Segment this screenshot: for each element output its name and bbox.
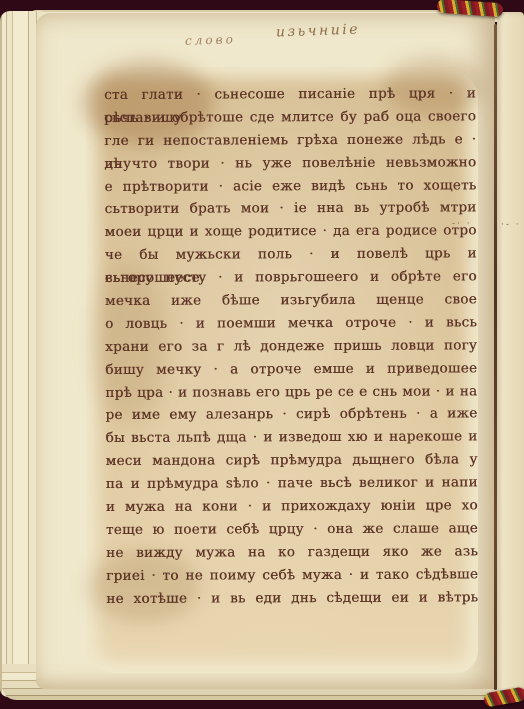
manuscript-line: и мужа на кони · и прихождаху юніи цре х… (106, 494, 478, 519)
manuscript-line: бишу мечку · а отроче емше и приведошее (105, 357, 477, 382)
manuscript-line: бы вьста льпѣ дща · и изведош хю и нарек… (105, 426, 477, 451)
manuscript-line: теще ю поети себѣ црцу · она же слаше ащ… (106, 517, 478, 542)
manuscript-line: не вижду мужа на ко газдещи яко же азь (106, 540, 478, 565)
manuscript-line: гле ги непоставленіемь грѣха понеже лѣдь… (104, 128, 476, 153)
manuscript-line: храни его за г лѣ дондеже пришь ловци по… (105, 334, 477, 359)
manuscript-line: рѣчь · и обрѣтоше сде млитсе бу раб оца … (104, 105, 476, 130)
manuscript-line: мечка иже бѣше изьгубила щенце свое (105, 288, 477, 313)
manuscript-line: вьгору пусту · и поврьгошеего и обрѣте е… (105, 266, 477, 291)
manuscript-photo: слово изьчниіе ста глати · сьнесоше писа… (0, 0, 524, 709)
manuscript-line: че бы мужьски поль · и повелѣ црь и сьне… (105, 243, 477, 268)
manuscript-line: о ловць · и поемши мечка отроче · и вьсь (105, 311, 477, 336)
facing-page-ink-marks: ·- · (501, 220, 521, 230)
manuscript-line: прѣ цра · и познавь его црь ре се е снь … (105, 380, 477, 405)
manuscript-line: не хотѣше · и вь еди днь сѣдещи еи и вѣт… (106, 586, 478, 611)
margin-note-left: слово (185, 32, 236, 48)
manuscript-line: меси мандона сирѣ прѣмудра дьщнего бѣла … (106, 449, 478, 474)
manuscript-line: ре име ему алезанрь · сирѣ обрѣтень · а … (105, 403, 477, 428)
manuscript-line: моеи црци и хоще родитисе · да ега родис… (105, 220, 477, 245)
margin-note-right: изьчниіе (276, 22, 360, 41)
facing-page-strip: ·- · (497, 12, 524, 700)
margin-ink-marks: -· · (452, 219, 472, 229)
manuscript-line: па и прѣмудра ѕѣло · паче вьсѣ великог и… (106, 472, 478, 497)
manuscript-page: слово изьчниіе ста глати · сьнесоше писа… (36, 13, 495, 689)
manuscript-line: е прѣтворити · асіе еже видѣ сьнь то хощ… (104, 174, 476, 199)
manuscript-line: гриеі · то не поиму себѣ мужа · и тако с… (106, 563, 478, 588)
manuscript-line: сьтворити брать мои · іе нна вь утробѣ м… (104, 197, 476, 222)
manuscript-line: дѣ что твори · нь уже повелѣніе невьзмож… (104, 151, 476, 176)
manuscript-line: ста глати · сьнесоше писаніе прѣ цря · и… (104, 82, 476, 107)
text-block: ста глати · сьнесоше писаніе прѣ цря · и… (104, 82, 478, 610)
